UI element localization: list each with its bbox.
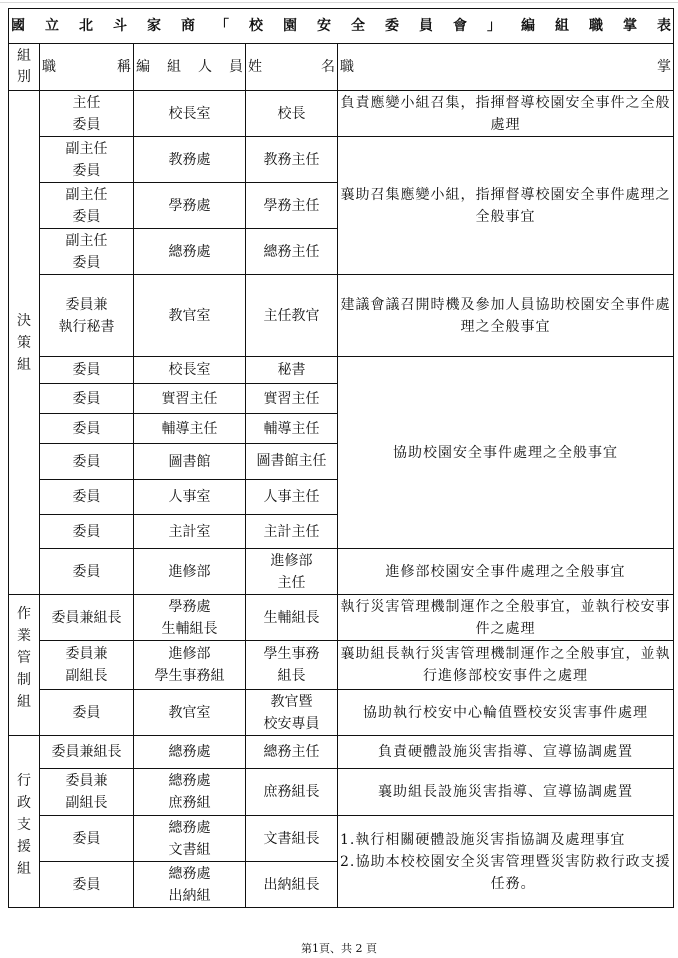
unit-cell: 學務處 [134, 183, 246, 229]
name-cell: 人事主任 [246, 480, 338, 515]
duty-cell: 負責硬體設施災害指導、宣導協調處置 [338, 736, 674, 769]
duty-list-item: 1. 執行相關硬體設施災害指協調及處理事宜 [340, 829, 671, 851]
name-cell: 教務主任 [246, 137, 338, 183]
name-cell: 教官暨 校安專員 [246, 690, 338, 736]
position-cell: 副主任 委員 [40, 229, 134, 275]
position-cell: 委員 [40, 444, 134, 480]
name-cell: 文書組長 [246, 816, 338, 862]
position-cell: 委員 [40, 480, 134, 515]
duty-list-cell: 1. 執行相關硬體設施災害指協調及處理事宜 2. 協助本校校園安全災害管理暨災害… [338, 816, 674, 908]
unit-cell: 主計室 [134, 515, 246, 549]
page-number-footer: 第1頁、共 2 頁 [0, 940, 678, 956]
duty-cell: 協助校園安全事件處理之全般事宜 [338, 357, 674, 549]
position-cell: 委員 [40, 515, 134, 549]
duty-cell: 協助執行校安中心輪值暨校安災害事件處理 [338, 690, 674, 736]
header-unit: 編組人員 [134, 44, 246, 91]
header-name: 姓名 [246, 44, 338, 91]
unit-cell: 校長室 [134, 91, 246, 137]
table-row: 委員兼 副組長 總務處 庶務組 庶務組長 襄助組長設施災害指導、宣導協調處置 [9, 769, 674, 816]
table-row: 委員 校長室 秘書 協助校園安全事件處理之全般事宜 [9, 357, 674, 384]
duty-cell: 執行災害管理機制運作之全般事宜，並執行校安事件之處理 [338, 595, 674, 641]
table-row: 作 業 管 制 組 委員兼組長 學務處 生輔組長 生輔組長 執行災害管理機制運作… [9, 595, 674, 641]
name-cell: 實習主任 [246, 384, 338, 414]
position-cell: 副主任 委員 [40, 183, 134, 229]
duty-cell: 進修部校園安全事件處理之全般事宜 [338, 549, 674, 595]
unit-cell: 學務處 生輔組長 [134, 595, 246, 641]
group-label-operations: 作 業 管 制 組 [9, 595, 40, 736]
position-cell: 委員兼 副組長 [40, 641, 134, 690]
duty-cell: 襄助組長執行災害管理機制運作之全般事宜，並執行進修部校安事件之處理 [338, 641, 674, 690]
position-cell: 委員 [40, 357, 134, 384]
position-cell: 副主任 委員 [40, 137, 134, 183]
table-row: 委員兼 執行秘書 教官室 主任教官 建議會議召開時機及參加人員協助校園安全事件處… [9, 275, 674, 357]
document-title: 國立北斗家商「校園安全委員會」編組職掌表 [9, 9, 674, 44]
unit-cell: 人事室 [134, 480, 246, 515]
position-cell: 委員 [40, 384, 134, 414]
name-cell: 庶務組長 [246, 769, 338, 816]
unit-cell: 進修部 學生事務組 [134, 641, 246, 690]
name-cell: 主任教官 [246, 275, 338, 357]
unit-cell: 總務處 文書組 [134, 816, 246, 862]
name-cell: 總務主任 [246, 736, 338, 769]
name-cell: 圖書館主任 [246, 444, 338, 480]
table-row: 行 政 支 援 組 委員兼組長 總務處 總務主任 負責硬體設施災害指導、宣導協調… [9, 736, 674, 769]
unit-cell: 教官室 [134, 275, 246, 357]
name-cell: 學務主任 [246, 183, 338, 229]
table-row: 委員 總務處 文書組 文書組長 1. 執行相關硬體設施災害指協調及處理事宜 2.… [9, 816, 674, 862]
unit-cell: 教官室 [134, 690, 246, 736]
duty-table: 國立北斗家商「校園安全委員會」編組職掌表 組 別 職稱 編組人員 姓名 職掌 決… [8, 8, 674, 908]
unit-cell: 實習主任 [134, 384, 246, 414]
position-cell: 委員 [40, 414, 134, 444]
group-label-decision: 決 策 組 [9, 91, 40, 595]
name-cell: 主計主任 [246, 515, 338, 549]
position-cell: 委員兼 副組長 [40, 769, 134, 816]
group-label-admin-support: 行 政 支 援 組 [9, 736, 40, 908]
position-cell: 委員兼組長 [40, 595, 134, 641]
unit-cell: 總務處 [134, 229, 246, 275]
name-cell: 學生事務 組長 [246, 641, 338, 690]
header-row: 組 別 職稱 編組人員 姓名 職掌 [9, 44, 674, 91]
position-cell: 委員 [40, 862, 134, 908]
page-top-rule [0, 2, 678, 3]
position-cell: 委員兼 執行秘書 [40, 275, 134, 357]
unit-cell: 進修部 [134, 549, 246, 595]
duty-list-item: 2. 協助本校校園安全災害管理暨災害防救行政支援任務。 [340, 851, 671, 895]
position-cell: 委員 [40, 816, 134, 862]
unit-cell: 教務處 [134, 137, 246, 183]
position-cell: 委員 [40, 690, 134, 736]
header-position: 職稱 [40, 44, 134, 91]
position-cell: 委員 [40, 549, 134, 595]
name-cell: 秘書 [246, 357, 338, 384]
name-cell: 輔導主任 [246, 414, 338, 444]
duty-cell: 襄助召集應變小組，指揮督導校園安全事件處理之全般事宜 [338, 137, 674, 275]
name-cell: 進修部 主任 [246, 549, 338, 595]
position-cell: 主任 委員 [40, 91, 134, 137]
table-row: 決 策 組 主任 委員 校長室 校長 負責應變小組召集，指揮督導校園安全事件之全… [9, 91, 674, 137]
unit-cell: 圖書館 [134, 444, 246, 480]
table-row: 委員兼 副組長 進修部 學生事務組 學生事務 組長 襄助組長執行災害管理機制運作… [9, 641, 674, 690]
header-group: 組 別 [9, 44, 40, 91]
duty-cell: 襄助組長設施災害指導、宣導協調處置 [338, 769, 674, 816]
name-cell: 生輔組長 [246, 595, 338, 641]
name-cell: 校長 [246, 91, 338, 137]
table-row: 副主任 委員 教務處 教務主任 襄助召集應變小組，指揮督導校園安全事件處理之全般… [9, 137, 674, 183]
position-cell: 委員兼組長 [40, 736, 134, 769]
duty-cell: 建議會議召開時機及參加人員協助校園安全事件處理之全般事宜 [338, 275, 674, 357]
name-cell: 總務主任 [246, 229, 338, 275]
unit-cell: 輔導主任 [134, 414, 246, 444]
unit-cell: 總務處 出納組 [134, 862, 246, 908]
table-row: 委員 進修部 進修部 主任 進修部校園安全事件處理之全般事宜 [9, 549, 674, 595]
unit-cell: 總務處 庶務組 [134, 769, 246, 816]
title-row: 國立北斗家商「校園安全委員會」編組職掌表 [9, 9, 674, 44]
name-cell: 出納組長 [246, 862, 338, 908]
table-row: 委員 教官室 教官暨 校安專員 協助執行校安中心輪值暨校安災害事件處理 [9, 690, 674, 736]
header-duty: 職掌 [338, 44, 674, 91]
duty-cell: 負責應變小組召集，指揮督導校園安全事件之全般處理 [338, 91, 674, 137]
unit-cell: 總務處 [134, 736, 246, 769]
unit-cell: 校長室 [134, 357, 246, 384]
